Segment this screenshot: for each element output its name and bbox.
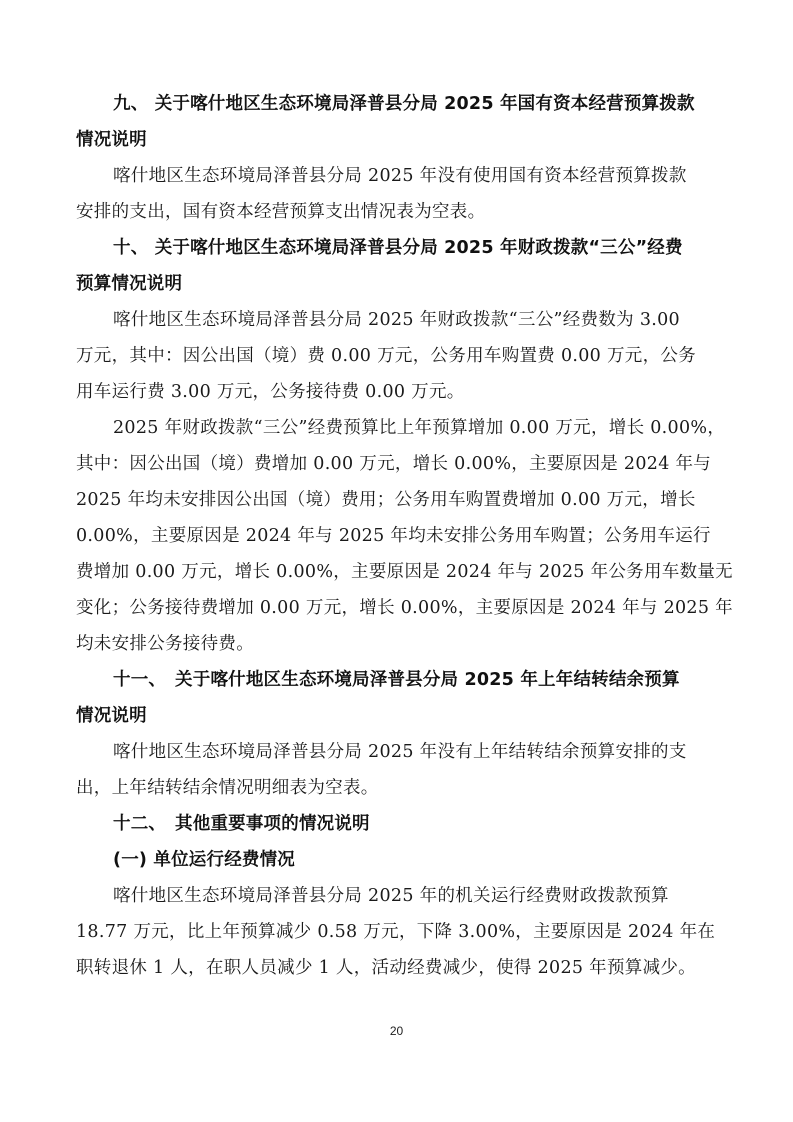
section-heading: 十二、 其他重要事项的情况说明 (76, 806, 726, 842)
paragraph-line: 2025 年财政拨款“三公”经费预算比上年预算增加 0.00 万元，增长 0.0… (76, 410, 726, 446)
subsection-operating-expenses: (一) 单位运行经费情况 喀什地区生态环境局泽普县分局 2025 年的机关运行经… (76, 842, 726, 986)
section-heading-continued: 情况说明 (76, 698, 726, 734)
section-11: 十一、 关于喀什地区生态环境局泽普县分局 2025 年上年结转结余预算 情况说明… (76, 662, 726, 806)
paragraph-line: 2025 年均未安排因公出国（境）费用；公务用车购置费增加 0.00 万元，增长 (76, 482, 726, 518)
page-number: 20 (0, 1024, 793, 1038)
paragraph-line: 安排的支出，国有资本经营预算支出情况表为空表。 (76, 194, 726, 230)
paragraph-line: 18.77 万元，比上年预算减少 0.58 万元，下降 3.00%，主要原因是 … (76, 914, 726, 950)
paragraph-line: 均未安排公务接待费。 (76, 626, 726, 662)
paragraph-line: 万元，其中：因公出国（境）费 0.00 万元，公务用车购置费 0.00 万元，公… (76, 338, 726, 374)
section-10: 十、 关于喀什地区生态环境局泽普县分局 2025 年财政拨款“三公”经费 预算情… (76, 230, 726, 662)
paragraph-line: 用车运行费 3.00 万元，公务接待费 0.00 万元。 (76, 374, 726, 410)
paragraph-line: 其中：因公出国（境）费增加 0.00 万元，增长 0.00%，主要原因是 202… (76, 446, 726, 482)
paragraph: 喀什地区生态环境局泽普县分局 2025 年没有使用国有资本经营预算拨款 安排的支… (76, 158, 726, 230)
paragraph-line: 出，上年结转结余情况明细表为空表。 (76, 770, 726, 806)
paragraph-line: 喀什地区生态环境局泽普县分局 2025 年没有使用国有资本经营预算拨款 (76, 158, 726, 194)
section-heading: 九、 关于喀什地区生态环境局泽普县分局 2025 年国有资本经营预算拨款 (76, 86, 726, 122)
section-heading-continued: 情况说明 (76, 122, 726, 158)
paragraph-line: 0.00%，主要原因是 2024 年与 2025 年均未安排公务用车购置；公务用… (76, 518, 726, 554)
paragraph-line: 费增加 0.00 万元，增长 0.00%，主要原因是 2024 年与 2025 … (76, 554, 726, 590)
subsection-heading: (一) 单位运行经费情况 (76, 842, 726, 878)
section-heading: 十一、 关于喀什地区生态环境局泽普县分局 2025 年上年结转结余预算 (76, 662, 726, 698)
section-heading-continued: 预算情况说明 (76, 266, 726, 302)
paragraph-line: 变化；公务接待费增加 0.00 万元，增长 0.00%，主要原因是 2024 年… (76, 590, 726, 626)
paragraph-line: 职转退休 1 人，在职人员减少 1 人，活动经费减少，使得 2025 年预算减少… (76, 950, 726, 986)
paragraph: 喀什地区生态环境局泽普县分局 2025 年没有上年结转结余预算安排的支 出，上年… (76, 734, 726, 806)
paragraph-line: 喀什地区生态环境局泽普县分局 2025 年财政拨款“三公”经费数为 3.00 (76, 302, 726, 338)
paragraph: 喀什地区生态环境局泽普县分局 2025 年的机关运行经费财政拨款预算 18.77… (76, 878, 726, 986)
section-12: 十二、 其他重要事项的情况说明 (一) 单位运行经费情况 喀什地区生态环境局泽普… (76, 806, 726, 986)
paragraph: 2025 年财政拨款“三公”经费预算比上年预算增加 0.00 万元，增长 0.0… (76, 410, 726, 662)
paragraph: 喀什地区生态环境局泽普县分局 2025 年财政拨款“三公”经费数为 3.00 万… (76, 302, 726, 410)
paragraph-line: 喀什地区生态环境局泽普县分局 2025 年没有上年结转结余预算安排的支 (76, 734, 726, 770)
paragraph-line: 喀什地区生态环境局泽普县分局 2025 年的机关运行经费财政拨款预算 (76, 878, 726, 914)
section-9: 九、 关于喀什地区生态环境局泽普县分局 2025 年国有资本经营预算拨款 情况说… (76, 86, 726, 230)
document-page: 九、 关于喀什地区生态环境局泽普县分局 2025 年国有资本经营预算拨款 情况说… (76, 86, 726, 986)
section-heading: 十、 关于喀什地区生态环境局泽普县分局 2025 年财政拨款“三公”经费 (76, 230, 726, 266)
